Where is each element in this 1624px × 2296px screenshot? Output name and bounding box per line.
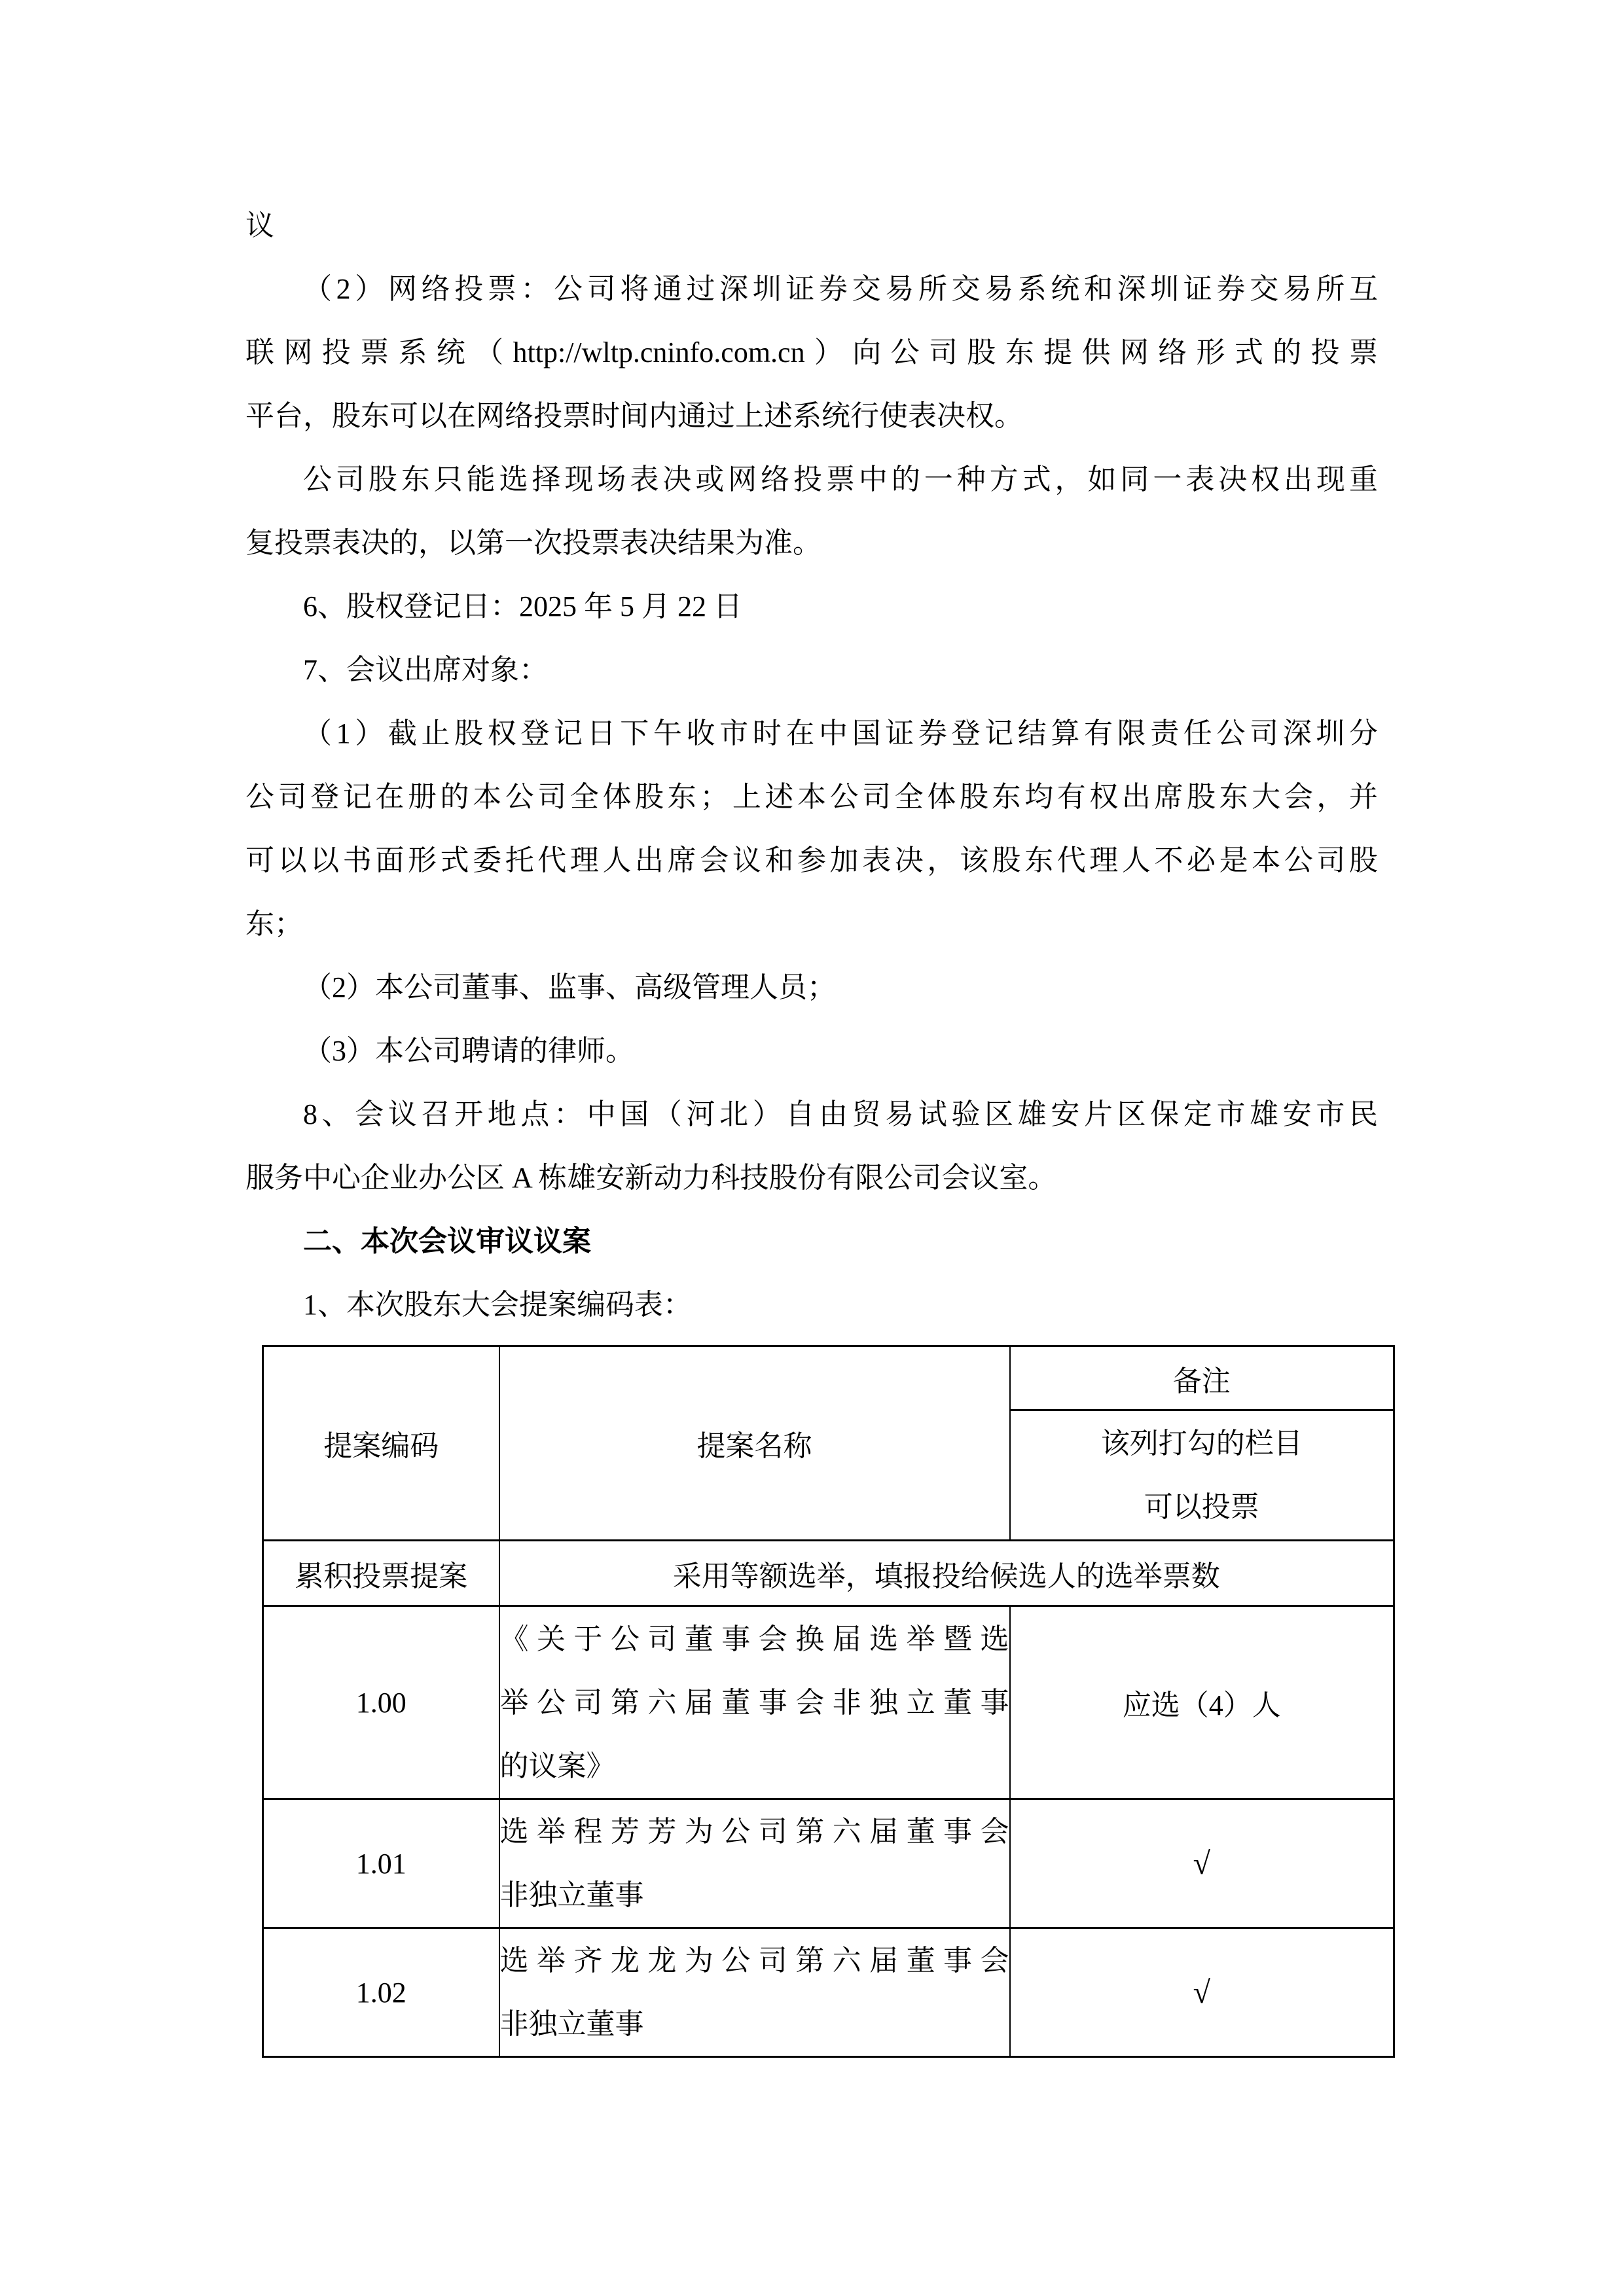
proposal-name-line: 举公司第六届董事会非独立董事 <box>500 1671 1009 1734</box>
body-line-record-date: 6、股权登记日：2025 年 5 月 22 日 <box>245 575 1378 638</box>
table-row: 1.02 选举齐龙龙为公司第六届董事会 非独立董事 √ <box>263 1928 1394 2057</box>
document-page: 议 （2）网络投票：公司将通过深圳证券交易所交易系统和深圳证券交易所互 联网投票… <box>0 0 1624 2296</box>
proposal-checkmark-cell: √ <box>1010 1799 1394 1928</box>
proposal-code-cell: 1.00 <box>263 1606 499 1799</box>
proposal-code-cell: 1.02 <box>263 1928 499 2057</box>
section-heading: 二、本次会议审议议案 <box>245 1210 1378 1273</box>
body-line: （2）本公司董事、监事、高级管理人员； <box>245 956 1378 1019</box>
body-text: 议 （2）网络投票：公司将通过深圳证券交易所交易系统和深圳证券交易所互 联网投票… <box>245 194 1378 1336</box>
proposal-code-cell: 1.01 <box>263 1799 499 1928</box>
header-remark-note-line1: 该列打勾的栏目 <box>1011 1412 1394 1475</box>
body-line-venue: 8、会议召开地点：中国（河北）自由贸易试验区雄安片区保定市雄安市民 <box>245 1083 1378 1146</box>
cumulative-voting-label: 累积投票提案 <box>263 1541 499 1606</box>
proposal-checkmark-cell: √ <box>1010 1928 1394 2057</box>
body-line: （2）网络投票：公司将通过深圳证券交易所交易系统和深圳证券交易所互 <box>245 257 1378 321</box>
body-line-venue-cont: 服务中心企业办公区 A 栋雄安新动力科技股份有限公司会议室。 <box>245 1146 1378 1210</box>
body-line: 公司股东只能选择现场表决或网络投票中的一种方式，如同一表决权出现重 <box>245 448 1378 511</box>
proposal-name-line: 《关于公司董事会换届选举暨选 <box>500 1607 1009 1671</box>
proposal-name-line: 选举齐龙龙为公司第六届董事会 <box>500 1929 1009 1992</box>
body-line: 联网投票系统（http://wltp.cninfo.com.cn）向公司股东提供… <box>245 321 1378 384</box>
proposal-name-cell: 《关于公司董事会换届选举暨选 举公司第六届董事会非独立董事 的议案》 <box>499 1606 1010 1799</box>
table-row: 1.00 《关于公司董事会换届选举暨选 举公司第六届董事会非独立董事 的议案》 … <box>263 1606 1394 1799</box>
proposal-name-cell: 选举齐龙龙为公司第六届董事会 非独立董事 <box>499 1928 1010 2057</box>
body-line: （3）本公司聘请的律师。 <box>245 1019 1378 1083</box>
proposal-name-line: 选举程芳芳为公司第六届董事会 <box>500 1800 1009 1863</box>
proposal-code-table: 提案编码 提案名称 备注 该列打勾的栏目 可以投票 累积投票提案 采用等额选举，… <box>262 1345 1395 2058</box>
proposal-remark-cell: 应选（4）人 <box>1010 1606 1394 1799</box>
table-intro: 1、本次股东大会提案编码表： <box>245 1273 1378 1336</box>
table-row: 1.01 选举程芳芳为公司第六届董事会 非独立董事 √ <box>263 1799 1394 1928</box>
header-remark: 备注 <box>1010 1346 1394 1410</box>
cumulative-voting-description: 采用等额选举，填报投给候选人的选举票数 <box>499 1541 1394 1606</box>
body-line: 平台，股东可以在网络投票时间内通过上述系统行使表决权。 <box>245 384 1378 448</box>
body-line: 东； <box>245 892 1378 956</box>
header-remark-note: 该列打勾的栏目 可以投票 <box>1010 1410 1394 1541</box>
body-line: 可以以书面形式委托代理人出席会议和参加表决，该股东代理人不必是本公司股 <box>245 829 1378 892</box>
header-proposal-code: 提案编码 <box>263 1346 499 1541</box>
body-line: 复投票表决的，以第一次投票表决结果为准。 <box>245 511 1378 575</box>
header-remark-note-line2: 可以投票 <box>1011 1475 1394 1539</box>
proposal-name-line: 的议案》 <box>500 1734 1009 1798</box>
proposal-name-cell: 选举程芳芳为公司第六届董事会 非独立董事 <box>499 1799 1010 1928</box>
body-line: 公司登记在册的本公司全体股东；上述本公司全体股东均有权出席股东大会，并 <box>245 765 1378 829</box>
body-line: （1）截止股权登记日下午收市时在中国证券登记结算有限责任公司深圳分 <box>245 702 1378 765</box>
proposal-name-line: 非独立董事 <box>500 1863 1009 1927</box>
header-proposal-name: 提案名称 <box>499 1346 1010 1541</box>
body-line-attendees-heading: 7、会议出席对象： <box>245 638 1378 702</box>
body-line: 议 <box>245 194 1378 257</box>
proposal-name-line: 非独立董事 <box>500 1992 1009 2056</box>
